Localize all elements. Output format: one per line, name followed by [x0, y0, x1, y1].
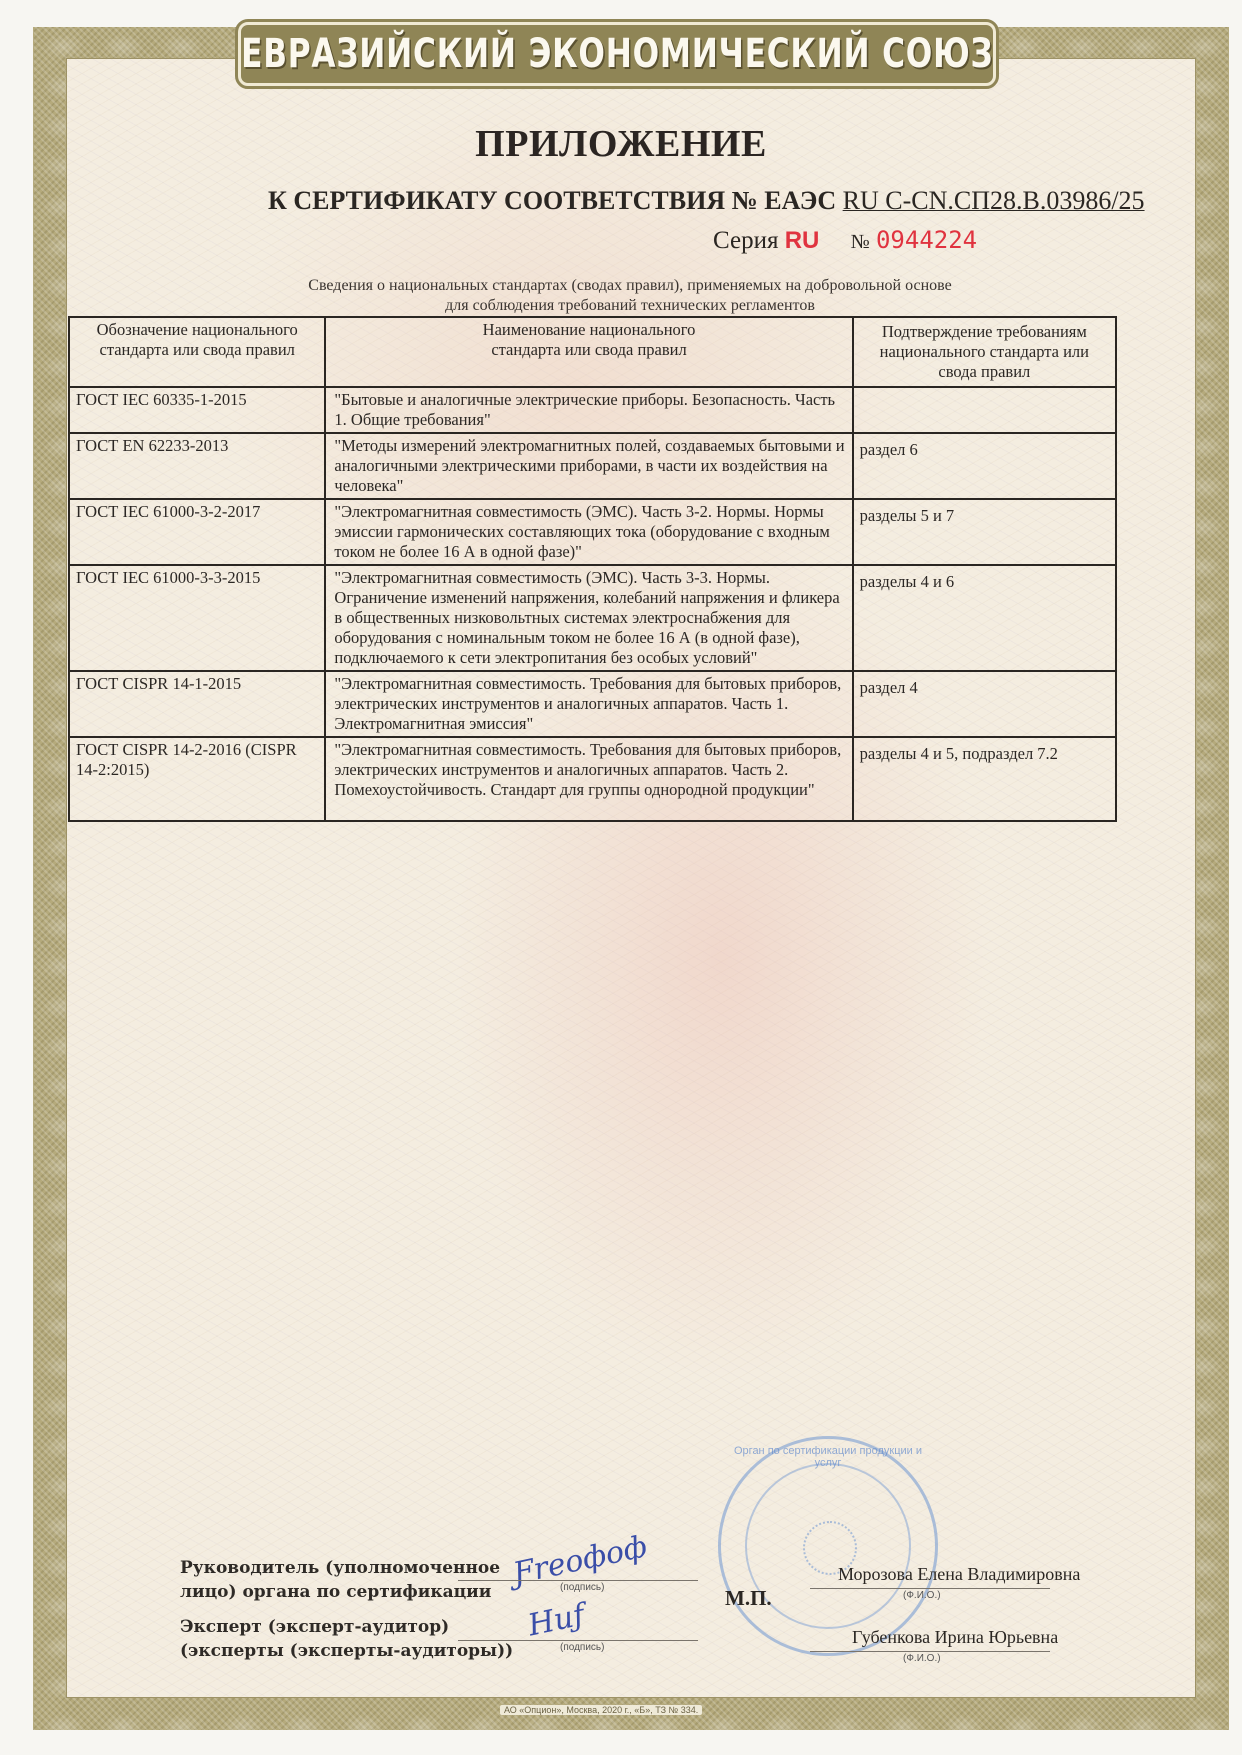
- head-signature-line: [458, 1580, 698, 1581]
- banner-text: ЕВРАЗИЙСКИЙ ЭКОНОМИЧЕСКИЙ СОЮЗ: [241, 31, 993, 77]
- expert-signature-caption: (подпись): [560, 1642, 604, 1653]
- standard-name: "Бытовые и аналогичные электрические при…: [325, 387, 852, 433]
- number-label: №: [851, 231, 870, 253]
- table-row: ГОСТ IEC 61000-3-3-2015 "Электромагнитна…: [69, 565, 1116, 671]
- series-label: Серия: [713, 227, 778, 254]
- cert-prefix: К СЕРТИФИКАТУ СООТВЕТСТВИЯ № ЕАЭС: [268, 186, 836, 215]
- certification-body-stamp: Орган по сертификации продукции и услуг: [718, 1436, 938, 1656]
- table-row: ГОСТ CISPR 14-2-2016 (CISPR 14-2:2015) "…: [69, 737, 1116, 821]
- expert-name-line: [810, 1651, 1050, 1652]
- printer-note: АО «Опцион», Москва, 2020 г., «Б», ТЗ № …: [500, 1705, 702, 1715]
- standard-confirmation: разделы 4 и 5, подраздел 7.2: [853, 737, 1116, 821]
- head-name: Морозова Елена Владимировна: [838, 1564, 1080, 1585]
- series-line: Серия RU № 0944224: [713, 226, 977, 255]
- standard-name: "Электромагнитная совместимость. Требова…: [325, 671, 852, 737]
- table-row: ГОСТ CISPR 14-1-2015 "Электромагнитная с…: [69, 671, 1116, 737]
- standard-name: "Электромагнитная совместимость. Требова…: [325, 737, 852, 821]
- union-banner: ЕВРАЗИЙСКИЙ ЭКОНОМИЧЕСКИЙ СОЮЗ: [238, 22, 996, 86]
- certificate-reference: К СЕРТИФИКАТУ СООТВЕТСТВИЯ № ЕАЭС RU С-C…: [268, 186, 1145, 216]
- intro-line-1: Сведения о национальных стандартах (свод…: [180, 276, 1080, 296]
- standard-confirmation: раздел 4: [853, 671, 1116, 737]
- standard-code: ГОСТ IEC 61000-3-3-2015: [69, 565, 325, 671]
- blank-number: 0944224: [876, 226, 977, 254]
- expert-label-line-1: Эксперт (эксперт-аудитор): [180, 1615, 513, 1639]
- intro-line-2: для соблюдения требований технических ре…: [180, 296, 1080, 316]
- header-name: Наименование национального стандарта или…: [325, 317, 852, 387]
- standard-confirmation: разделы 5 и 7: [853, 499, 1116, 565]
- expert-label-line-2: (эксперты (эксперты-аудиторы)): [180, 1639, 513, 1663]
- expert-label: Эксперт (эксперт-аудитор) (эксперты (экс…: [180, 1615, 513, 1663]
- intro-text: Сведения о национальных стандартах (свод…: [180, 276, 1080, 316]
- standard-name: "Электромагнитная совместимость (ЭМС). Ч…: [325, 499, 852, 565]
- table-row: ГОСТ IEC 61000-3-2-2017 "Электромагнитна…: [69, 499, 1116, 565]
- standard-confirmation: разделы 4 и 6: [853, 565, 1116, 671]
- standards-table: Обозначение национального стандарта или …: [68, 316, 1117, 822]
- header-confirmation: Подтверждение требованиям национального …: [853, 317, 1116, 387]
- standard-code: ГОСТ IEC 61000-3-2-2017: [69, 499, 325, 565]
- table-row: ГОСТ EN 62233-2013 "Методы измерений эле…: [69, 433, 1116, 499]
- standard-confirmation: раздел 6: [853, 433, 1116, 499]
- header-code: Обозначение национального стандарта или …: [69, 317, 325, 387]
- standard-code: ГОСТ CISPR 14-1-2015: [69, 671, 325, 737]
- head-label-line-2: лицо) органа по сертификации: [180, 1580, 500, 1604]
- series-value: RU: [785, 227, 820, 254]
- cert-number: RU С-CN.СП28.В.03986/25: [843, 186, 1145, 215]
- table-row: ГОСТ IEC 60335-1-2015 "Бытовые и аналоги…: [69, 387, 1116, 433]
- seal-label: М.П.: [725, 1586, 772, 1611]
- standard-name: "Методы измерений электромагнитных полей…: [325, 433, 852, 499]
- head-signature-caption: (подпись): [560, 1582, 604, 1593]
- expert-name: Губенкова Ирина Юрьевна: [852, 1627, 1058, 1648]
- standard-code: ГОСТ CISPR 14-2-2016 (CISPR 14-2:2015): [69, 737, 325, 821]
- page-title: ПРИЛОЖЕНИЕ: [0, 122, 1242, 166]
- expert-fio-caption: (Ф.И.О.): [903, 1653, 941, 1664]
- standard-code: ГОСТ IEC 60335-1-2015: [69, 387, 325, 433]
- head-fio-caption: (Ф.И.О.): [903, 1590, 941, 1601]
- head-label-line-1: Руководитель (уполномоченное: [180, 1556, 500, 1580]
- head-label: Руководитель (уполномоченное лицо) орган…: [180, 1556, 500, 1604]
- standard-name: "Электромагнитная совместимость (ЭМС). Ч…: [325, 565, 852, 671]
- stamp-text: Орган по сертификации продукции и услуг: [721, 1445, 935, 1469]
- standard-code: ГОСТ EN 62233-2013: [69, 433, 325, 499]
- table-header-row: Обозначение национального стандарта или …: [69, 317, 1116, 387]
- standard-confirmation: [853, 387, 1116, 433]
- head-name-line: [810, 1588, 1050, 1589]
- expert-signature-line: [458, 1640, 698, 1641]
